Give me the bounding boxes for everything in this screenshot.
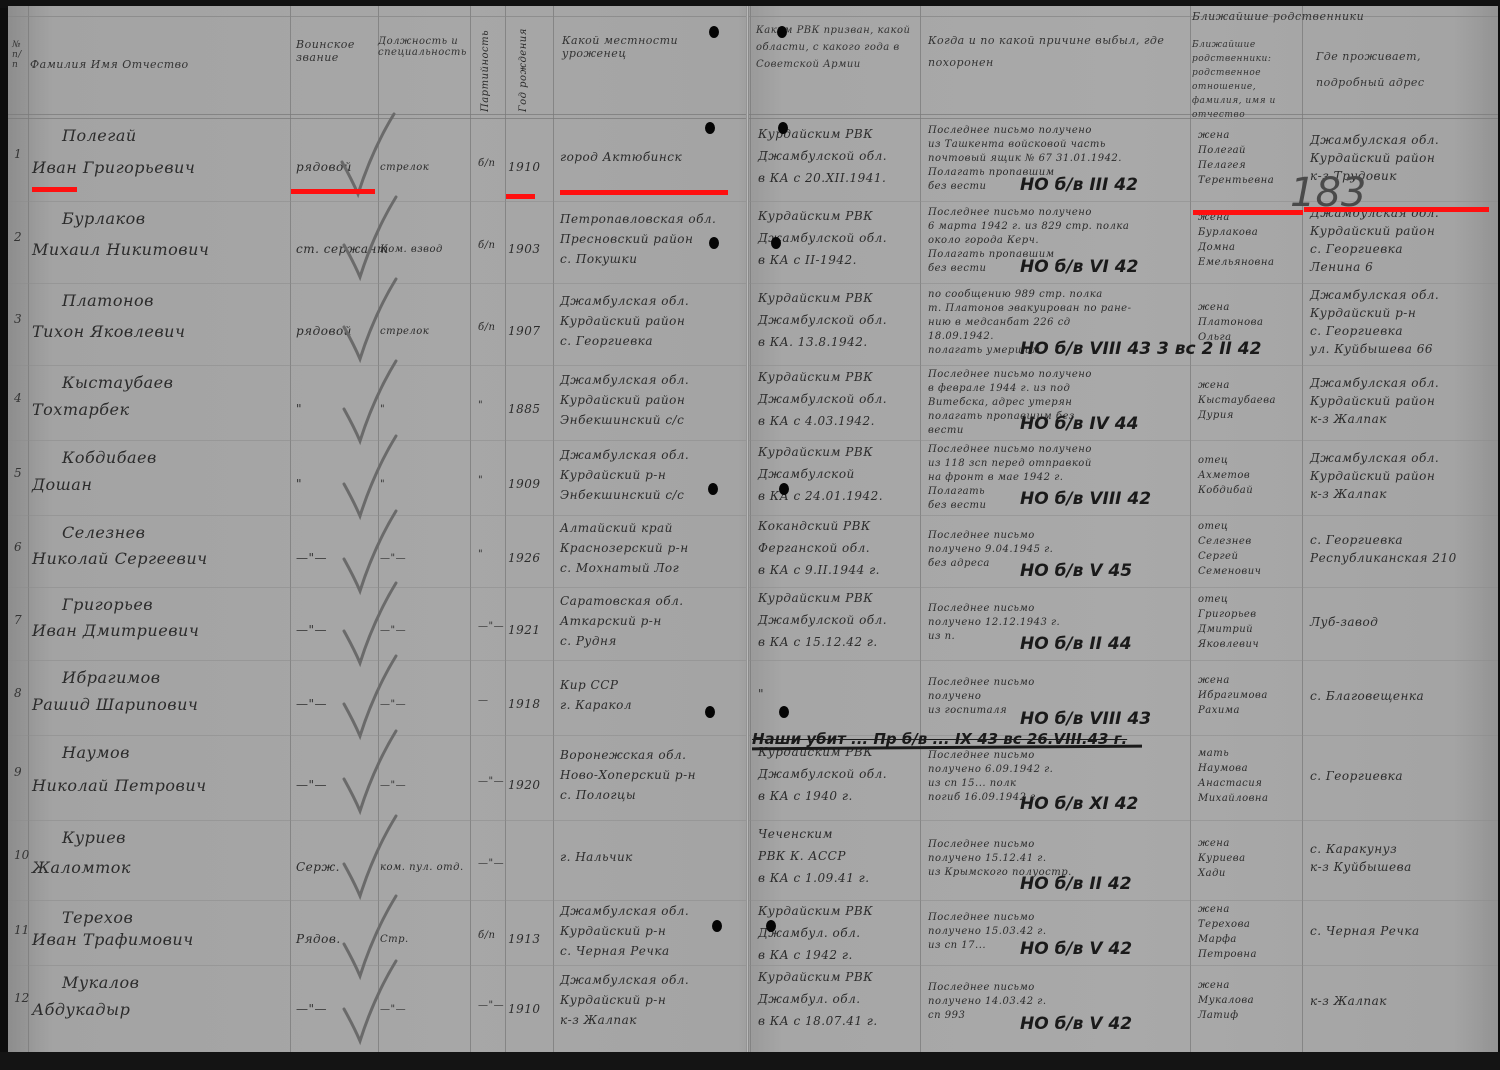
native-place-line: г. Нальчик [560,850,633,864]
annotation-underline-rank [291,189,375,194]
conscription-line: Курдайским РВК [758,127,873,141]
relative-line: Пелагея [1198,160,1246,171]
scan-border-bottom [0,1052,1500,1070]
conscription-line: Курдайским РВК [758,209,873,223]
address-line: Джамбулская обл. [1310,133,1439,147]
loss-reason-line: нию в медсанбат 226 сд [928,317,1071,328]
address-line: Джамбулская обл. [1310,376,1439,390]
check-mark-icon [340,275,400,365]
party-membership: —"— [478,776,504,787]
row-number: 6 [14,540,22,554]
military-rank: —"— [296,551,327,565]
surname: Наумов [62,743,130,762]
relative-line: Куриева [1198,853,1246,864]
relative-line: Григорьев [1198,609,1257,620]
row-number: 3 [14,312,22,326]
punch-hole [712,920,722,932]
document-sheet [8,6,1498,1054]
party-membership: б/п [478,240,495,251]
surname: Кыстаубаев [62,373,173,392]
relative-line: жена [1198,380,1230,391]
native-place-line: Воронежская обл. [560,748,686,762]
native-place-line: Саратовская обл. [560,594,684,608]
row-divider [8,365,1498,366]
conscription-line: в КА с 9.II.1944 г. [758,563,880,577]
relative-line: жена [1198,838,1230,849]
loss-stamp: НО б/в V 42 [1020,939,1132,959]
loss-stamp: НО б/в II 44 [1020,634,1132,654]
native-place-line: город Актюбинск [560,150,682,164]
row-number: 2 [14,230,22,244]
address-line: с. Георгиевка [1310,769,1403,783]
relative-line: жена [1198,130,1230,141]
conscription-line: Ферганской обл. [758,541,870,555]
relative-line: Бурлакова [1198,227,1258,238]
birth-year: 1907 [508,324,541,338]
address-line: к-з Куйбышева [1310,860,1412,874]
punch-hole [709,26,719,38]
address-line: Курдайский район [1310,394,1435,408]
check-mark-icon [338,110,398,200]
native-place-line: с. Черная Речка [560,944,670,958]
row-divider [8,283,1498,284]
native-place-line: Энбекшинский с/с [560,413,684,427]
relative-line: Ибрагимова [1198,690,1268,701]
native-place-line: Курдайский район [560,314,685,328]
header-address: Где проживает, подробный адрес [1316,44,1486,96]
header-name: Фамилия Имя Отчество [30,58,189,71]
loss-reason-line: сп 993 [928,1010,965,1021]
party-membership: — [478,695,489,706]
row-number: 12 [14,991,29,1005]
party-membership: " [478,475,483,486]
row-divider [8,201,1498,202]
loss-reason-line: без вести [928,263,986,274]
address-line: к-з Жалпак [1310,412,1387,426]
address-line: Джамбулская обл. [1310,288,1439,302]
birth-year: 1909 [508,477,541,491]
party-membership: —"— [478,621,504,632]
given-names: Абдукадыр [32,1000,130,1019]
given-names: Жаломток [32,858,131,877]
address-line: Курдайский район [1310,469,1435,483]
row-divider [8,660,1498,661]
native-place-line: Петропавловская обл. [560,212,716,226]
conscription-line: Курдайским РВК [758,445,873,459]
given-names: Иван Дмитриевич [32,621,199,640]
loss-reason-line: по сообщению 989 стр. полка [928,289,1103,300]
relative-line: отец [1198,594,1228,605]
relative-line: Семенович [1198,566,1261,577]
relative-line: Рахима [1198,705,1240,716]
check-mark-icon [340,727,400,817]
column-divider [290,6,291,1052]
military-rank: —"— [296,778,327,792]
native-place-line: с. Покушки [560,252,637,266]
surname: Куриев [62,828,126,847]
conscription-line: в КА с 1940 г. [758,789,853,803]
relative-line: Кобдибай [1198,485,1253,496]
conscription-line: в КА. 13.8.1942. [758,335,868,349]
loss-reason-line: из 118 зсп перед отправкой [928,458,1092,469]
surname: Селезнев [62,523,145,542]
address-line: с. Каракунуз [1310,842,1397,856]
check-mark-icon [340,957,400,1047]
row-number: 4 [14,391,22,405]
birth-year: 1913 [508,932,541,946]
native-place-line: Пресновский район [560,232,693,246]
address-line: с. Георгиевка [1310,242,1403,256]
conscription-line: в КА с 18.07.41 г. [758,1014,878,1028]
birth-year: 1903 [508,242,541,256]
conscription-line: Курдайским РВК [758,904,873,918]
conscription-line: Чеченским [758,827,833,841]
military-rank: —"— [296,623,327,637]
relative-line: Латиф [1198,1010,1239,1021]
party-membership: " [478,400,483,411]
address-line: Луб-завод [1310,615,1378,629]
relative-line: Кыстаубаева [1198,395,1276,406]
address-line: с. Георгиевка [1310,533,1403,547]
header-relatives-group: Ближайшие родственники [1192,10,1492,23]
loss-reason-line: на фронт в мае 1942 г. [928,472,1063,483]
relative-line: Терехова [1198,919,1250,930]
loss-reason-line: вести [928,425,964,436]
row-divider [8,515,1498,516]
native-place-line: Кир ССР [560,678,618,692]
given-names: Дошан [32,475,92,494]
given-names: Николай Сергеевич [32,549,208,568]
loss-reason-line: 6 марта 1942 г. из 829 стр. полка [928,221,1129,232]
header-position: Должность и специальность [378,36,463,58]
row-number: 9 [14,765,22,779]
given-names: Иван Григорьевич [32,158,195,177]
relative-line: мать [1198,748,1229,759]
surname: Мукалов [62,973,139,992]
birth-year: 1918 [508,697,541,711]
loss-stamp: НО б/в VIII 42 [1020,489,1151,509]
column-divider [920,6,921,1052]
party-membership: б/п [478,158,495,169]
conscription-line: Джамбулской обл. [758,767,887,781]
check-mark-icon [340,193,400,283]
row-number: 8 [14,686,22,700]
given-names: Тохтарбек [32,400,130,419]
relative-line: Платонова [1198,317,1263,328]
loss-reason-line: Последнее письмо [928,603,1035,614]
loss-reason-line: получено 6.09.1942 г. [928,764,1053,775]
punch-hole [779,483,789,495]
native-place-line: Курдайский р-н [560,468,666,482]
address-line: с. Благовещенка [1310,689,1424,703]
address-line: Ленина 6 [1310,260,1373,274]
crossed-out-entry: Наши убит ... Пр б/в ... IX 43 вс 26.VII… [752,730,1127,748]
loss-stamp: НО б/в V 45 [1020,561,1132,581]
loss-reason-line: около города Керч. [928,235,1039,246]
punch-hole [778,122,788,134]
header-relative: Ближайшие родственники: родственное отно… [1192,38,1300,122]
column-divider [1302,6,1303,1052]
punch-hole [705,706,715,718]
native-place-line: с. Георгиевка [560,334,653,348]
surname: Ибрагимов [62,668,161,687]
relative-line: Терентьевна [1198,175,1274,186]
loss-reason-line: получено 14.03.42 г. [928,996,1047,1007]
relative-line: Дурия [1198,410,1234,421]
native-place-line: к-з Жалпак [560,1013,637,1027]
address-line: Республиканская 210 [1310,551,1457,565]
loss-stamp: НО б/в IV 44 [1020,414,1138,434]
conscription-line: Кокандский РВК [758,519,871,533]
loss-reason-line: Последнее письмо [928,982,1035,993]
conscription-line: в КА с 1.09.41 г. [758,871,870,885]
relative-line: Наумова [1198,763,1248,774]
loss-reason-line: без вести [928,181,986,192]
address-line: с. Георгиевка [1310,324,1403,338]
military-rank: —"— [296,1002,327,1016]
address-line: Курдайский район [1310,224,1435,238]
loss-stamp: НО б/в VIII 43 3 вс 2 II 42 [1020,339,1261,359]
native-place-line: Краснозерский р-н [560,541,689,555]
relative-line: Мукалова [1198,995,1254,1006]
conscription-line: Курдайским РВК [758,291,873,305]
party-membership: б/п [478,930,495,941]
surname: Платонов [62,291,154,310]
party-membership: —"— [478,858,504,869]
punch-hole [709,237,719,249]
native-place-line: с. Пологцы [560,788,636,802]
header-rank: Воинское звание [296,38,376,64]
punch-hole [766,920,776,932]
header-when-why: Когда и по какой причине выбыл, где похо… [928,30,1188,74]
native-place-line: Ново-Хоперский р-н [560,768,696,782]
surname: Григорьев [62,595,153,614]
relative-line: Петровна [1198,949,1257,960]
native-place-line: Курдайский р-н [560,924,666,938]
native-place-line: Курдайский р-н [560,993,666,1007]
relative-line: Емельяновна [1198,257,1274,268]
loss-reason-line: из сп 17... [928,940,986,951]
row-number: 10 [14,848,29,862]
address-line: ул. Куйбышева 66 [1310,342,1433,356]
column-divider [1190,6,1191,1052]
conscription-line: Джамбулской обл. [758,313,887,327]
conscription-line: Джамбулской обл. [758,613,887,627]
annotation-underline-given-name [32,187,77,192]
row-divider [8,440,1498,441]
native-place-line: Джамбулская обл. [560,448,689,462]
loss-reason-line: почтовый ящик № 67 31.01.1942. [928,153,1122,164]
military-rank: Серж. [296,860,340,874]
loss-reason-line: из Ташкента войсковой часть [928,139,1106,150]
margin-number-mark: 183 [1290,170,1366,216]
loss-reason-line: из п. [928,631,955,642]
given-names: Тихон Яковлевич [32,322,185,341]
birth-year: 1885 [508,402,541,416]
surname: Терехов [62,908,133,927]
birth-year: 1910 [508,1002,541,1016]
military-rank: Рядов. [296,932,341,946]
birth-year: 1921 [508,623,541,637]
page-fold [746,6,749,1052]
loss-reason-line: Последнее письмо [928,530,1035,541]
given-names: Николай Петрович [32,776,207,795]
party-membership: —"— [478,1000,504,1011]
conscription-line: в КА с 24.01.1942. [758,489,883,503]
given-names: Михаил Никитович [32,240,209,259]
native-place-line: Джамбулская обл. [560,973,689,987]
address-line: Курдайский р-н [1310,306,1416,320]
relative-line: Анастасия [1198,778,1262,789]
native-place-line: Джамбулская обл. [560,904,689,918]
party-membership: " [478,549,483,560]
annotation-underline-native-place [560,190,728,195]
address-line: Джамбулская обл. [1310,451,1439,465]
punch-hole [777,26,787,38]
loss-reason-line: без вести [928,500,986,511]
relative-line: Селезнев [1198,536,1252,547]
native-place-line: г. Каракол [560,698,632,712]
relative-line: жена [1198,302,1230,313]
loss-reason-line: Последнее письмо получено [928,207,1092,218]
relative-line: Сергей [1198,551,1238,562]
loss-stamp: НО б/в VIII 43 [1020,709,1151,729]
loss-reason-line: Последнее письмо получено [928,444,1092,455]
row-divider [8,587,1498,588]
conscription-line: в КА с 1942 г. [758,948,853,962]
row-number: 1 [14,147,22,161]
loss-stamp: НО б/в V 42 [1020,1014,1132,1034]
punch-hole [705,122,715,134]
native-place-line: Аткарский р-н [560,614,662,628]
surname: Бурлаков [62,209,146,228]
loss-stamp: НО б/в III 42 [1020,175,1138,195]
row-number: 11 [14,923,29,937]
conscription-line: Джамбулской [758,467,855,481]
column-divider [553,6,554,1052]
header-party: Партийность [480,30,491,112]
loss-reason-line: Последнее письмо [928,750,1035,761]
relative-line: Дмитрий [1198,624,1253,635]
loss-reason-line: получено [928,691,981,702]
relative-line: Марфа [1198,934,1237,945]
loss-reason-line: Последнее письмо [928,839,1035,850]
loss-reason-line: получено 15.03.42 г. [928,926,1047,937]
address-line: к-з Жалпак [1310,994,1387,1008]
conscription-line: РВК К. АССР [758,849,846,863]
native-place-line: Курдайский район [560,393,685,407]
loss-reason-line: Последнее письмо [928,677,1035,688]
row-divider [8,965,1498,966]
loss-reason-line: Последнее письмо [928,912,1035,923]
loss-stamp: НО б/в II 42 [1020,874,1132,894]
loss-reason-line: Витебска, адрес утерян [928,397,1072,408]
relative-line: Яковлевич [1198,639,1259,650]
native-place-line: Энбекшинский с/с [560,488,684,502]
column-divider [28,6,29,1052]
loss-reason-line: получено 9.04.1945 г. [928,544,1053,555]
surname: Кобдибаев [62,448,157,467]
conscription-line: Джамбул. обл. [758,992,861,1006]
relative-line: отец [1198,455,1228,466]
given-names: Рашид Шарипович [32,695,198,714]
birth-year: 1926 [508,551,541,565]
relative-line: Полегай [1198,145,1246,156]
row-number: 5 [14,466,22,480]
relative-line: Домна [1198,242,1236,253]
address-line: к-з Жалпак [1310,487,1387,501]
address-line: с. Черная Речка [1310,924,1420,938]
address-line: Курдайский район [1310,151,1435,165]
relative-line: Михайловна [1198,793,1268,804]
loss-stamp: НО б/в VI 42 [1020,257,1138,277]
annotation-underline-relative [1193,210,1303,215]
loss-reason-line: Полагать [928,486,985,497]
surname: Полегай [62,126,137,145]
check-mark-icon [340,812,400,902]
relative-line: Ахметов [1198,470,1250,481]
military-rank: " [296,477,302,491]
row-divider [8,900,1498,901]
loss-reason-line: из сп 15... полк [928,778,1017,789]
loss-reason-line: т. Платонов эвакуирован по ране- [928,303,1131,314]
conscription-line: в КА с 4.03.1942. [758,414,875,428]
conscription-line: Курдайским РВК [758,370,873,384]
relative-line: жена [1198,980,1230,991]
conscription-line: " [758,687,764,701]
loss-reason-line: Последнее письмо получено [928,125,1092,136]
header-native-place: Какой местности уроженец [562,34,732,60]
punch-hole [708,483,718,495]
loss-reason-line: из госпиталя [928,705,1007,716]
loss-reason-line: получено 12.12.1943 г. [928,617,1060,628]
given-names: Иван Трафимович [32,930,194,949]
conscription-line: Джамбулской обл. [758,392,887,406]
loss-reason-line: без адреса [928,558,990,569]
conscription-line: Курдайским РВК [758,591,873,605]
relative-line: отец [1198,521,1228,532]
punch-hole [771,237,781,249]
military-rank: —"— [296,697,327,711]
native-place-line: с. Рудня [560,634,617,648]
column-divider [470,6,471,1052]
relative-line: жена [1198,675,1230,686]
loss-reason-line: 18.09.1942. [928,331,994,342]
conscription-line: в КА с 15.12.42 г. [758,635,878,649]
row-number: 7 [14,613,22,627]
birth-year: 1910 [508,160,541,174]
loss-reason-line: в феврале 1944 г. из под [928,383,1070,394]
conscription-line: Джамбулской обл. [758,149,887,163]
loss-stamp: НО б/в XI 42 [1020,794,1138,814]
header-birth-year: Год рождения [518,28,529,112]
annotation-underline-birth-year [506,194,535,199]
relative-line: Хади [1198,868,1226,879]
native-place-line: с. Мохнатый Лог [560,561,679,575]
loss-reason-line: получено 15.12.41 г. [928,853,1047,864]
column-divider [505,6,506,1052]
party-membership: б/п [478,322,495,333]
relative-line: жена [1198,904,1230,915]
punch-hole [779,706,789,718]
native-place-line: Джамбулская обл. [560,294,689,308]
birth-year: 1920 [508,778,541,792]
loss-reason-line: Последнее письмо получено [928,369,1092,380]
conscription-line: Курдайским РВК [758,970,873,984]
military-rank: " [296,402,302,416]
column-divider [750,6,751,1052]
native-place-line: Джамбулская обл. [560,373,689,387]
